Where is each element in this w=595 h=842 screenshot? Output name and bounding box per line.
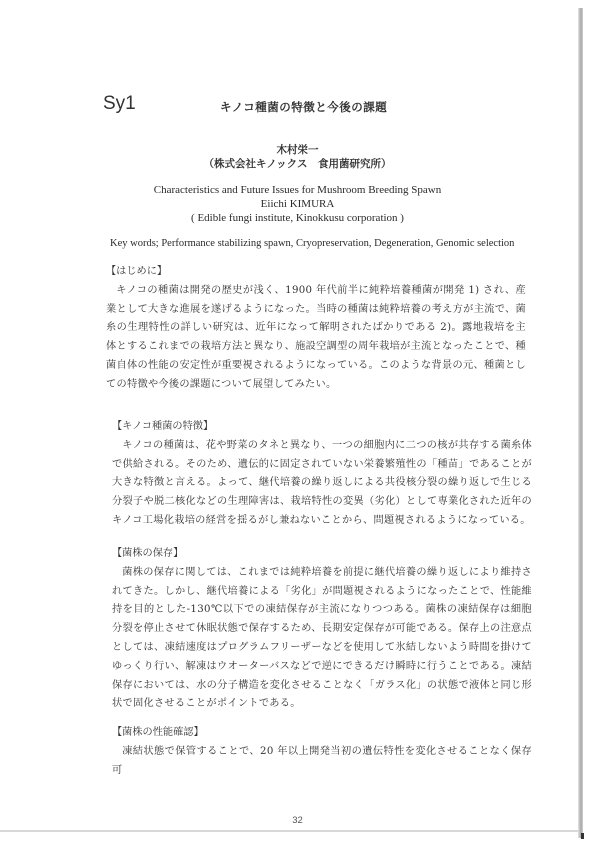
section-spawn-characteristics: 【キノコ種菌の特徴】 キノコの種菌は、花や野菜のタネと異なり、一つの細胞内に二つ… <box>112 418 532 531</box>
section-strain-preservation: 【菌株の保存】 菌株の保存に関しては、これまでは純粋培養を前提に継代培養の繰り返… <box>112 545 532 714</box>
section-body: 菌株の保存に関しては、これまでは純粋培養を前提に継代培養の繰り返しにより維持され… <box>112 564 532 714</box>
section-heading: 【菌株の保存】 <box>112 545 532 564</box>
scan-bottom-rule <box>0 830 578 832</box>
section-heading: 【キノコ種菌の特徴】 <box>112 418 532 437</box>
section-body: キノコの種菌は、花や野菜のタネと異なり、一つの細胞内に二つの核が共存する菌糸体で… <box>112 437 532 531</box>
paper-title-en: Characteristics and Future Issues for Mu… <box>0 184 595 196</box>
section-performance-check: 【菌株の性能確認】 凍結状態で保管することで、20 年以上開発当初の遺伝特性を変… <box>112 724 532 780</box>
section-body: 凍結状態で保管することで、20 年以上開発当初の遺伝特性を変化させることなく保存… <box>112 743 532 781</box>
paper-title-ja: キノコ種菌の特徴と今後の課題 <box>220 99 387 115</box>
author-ja: 木村栄一 <box>0 142 595 157</box>
page-edge-mark <box>581 833 584 839</box>
section-introduction: 【はじめに】 キノコの種菌は開発の歴史が浅く、1900 年代前半に純粋培養種菌が… <box>106 263 526 395</box>
section-heading: 【菌株の性能確認】 <box>112 724 532 743</box>
affiliation-ja: （株式会社キノックス 食用菌研究所） <box>0 156 595 171</box>
author-en: Eiichi KIMURA <box>0 198 595 210</box>
section-heading: 【はじめに】 <box>106 263 526 282</box>
page-edge-shadow <box>578 8 583 838</box>
section-body: キノコの種菌は開発の歴史が浅く、1900 年代前半に純粋培養種菌が開発 1) さ… <box>106 282 526 395</box>
page-number: 32 <box>0 815 595 826</box>
affiliation-en: ( Edible fungi institute, Kinokkusu corp… <box>0 212 595 224</box>
session-code: Sy1 <box>103 93 136 115</box>
keywords: Key words; Performance stabilizing spawn… <box>110 238 514 249</box>
